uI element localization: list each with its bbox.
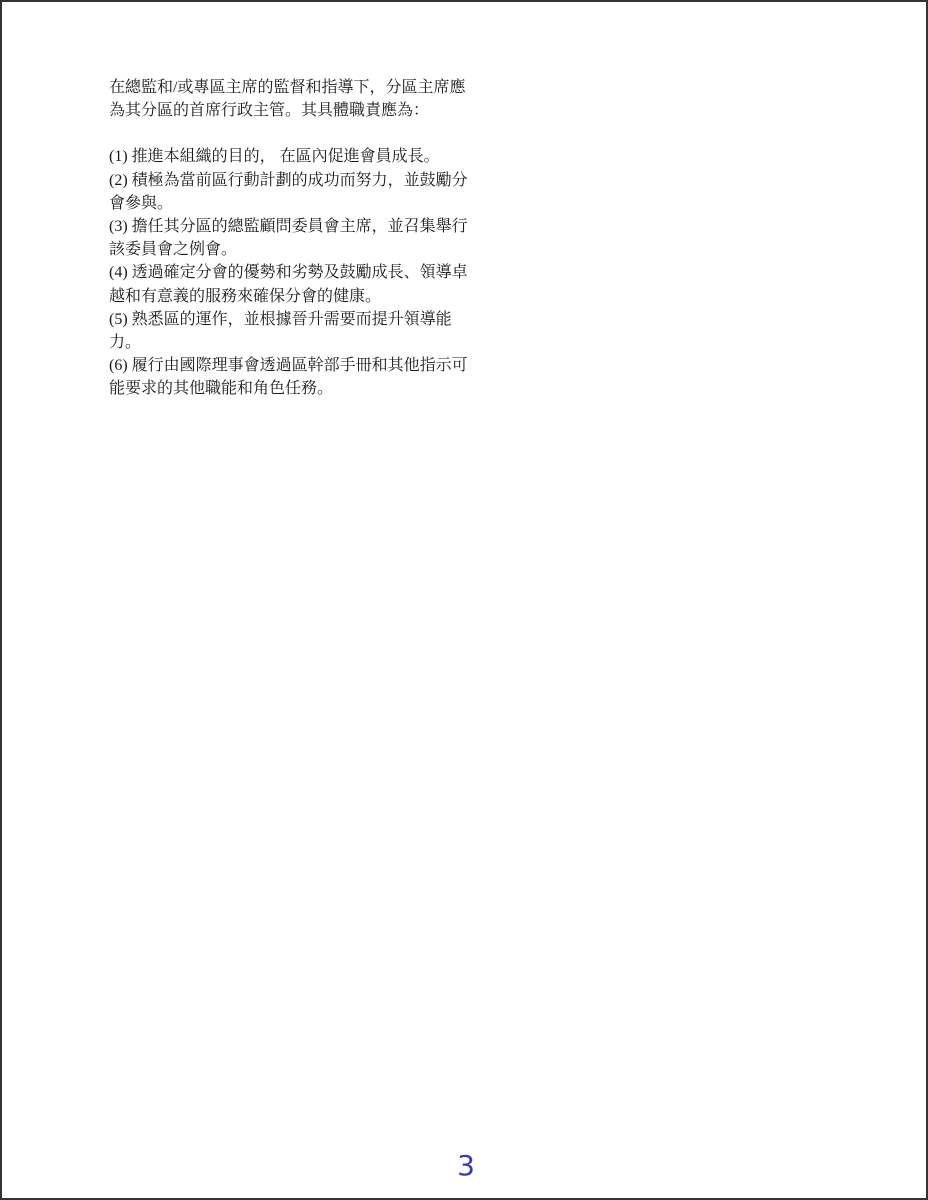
page-number: 3: [2, 1148, 928, 1184]
duty-item-1: (1)推進本組織的目的， 在區內促進會員成長。: [109, 145, 469, 168]
body-text: 在總監和/或專區主席的監督和指導下，分區主席應為其分區的首席行政主管。其具體職責…: [109, 76, 469, 401]
duty-item-4: (4)透過確定分會的優勢和劣勢及鼓勵成長、領導卓越和有意義的服務來確保分會的健康…: [109, 261, 469, 307]
duty-number: (2): [109, 172, 128, 189]
document-page: 在總監和/或專區主席的監督和指導下，分區主席應為其分區的首席行政主管。其具體職責…: [0, 0, 928, 1200]
duty-text: 推進本組織的目的， 在區內促進會員成長。: [132, 148, 440, 165]
duty-text: 擔任其分區的總監顧問委員會主席，並召集舉行該委員會之例會。: [109, 218, 468, 258]
duty-item-6: (6)履行由國際理事會透過區幹部手冊和其他指示可能要求的其他職能和角色任務。: [109, 354, 469, 400]
duty-text: 透過確定分會的優勢和劣勢及鼓勵成長、領導卓越和有意義的服務來確保分會的健康。: [109, 264, 468, 304]
duty-number: (5): [109, 311, 128, 328]
duty-text: 積極為當前區行動計劃的成功而努力，並鼓勵分會參與。: [109, 172, 468, 212]
duty-item-3: (3)擔任其分區的總監顧問委員會主席，並召集舉行該委員會之例會。: [109, 215, 469, 261]
duty-item-2: (2)積極為當前區行動計劃的成功而努力，並鼓勵分會參與。: [109, 169, 469, 215]
duty-text: 熟悉區的運作，並根據晉升需要而提升領導能力。: [109, 311, 452, 351]
intro-paragraph: 在總監和/或專區主席的監督和指導下，分區主席應為其分區的首席行政主管。其具體職責…: [109, 76, 469, 122]
duty-number: (4): [109, 264, 128, 281]
duty-number: (6): [109, 357, 128, 374]
duty-number: (3): [109, 218, 128, 235]
duty-text: 履行由國際理事會透過區幹部手冊和其他指示可能要求的其他職能和角色任務。: [109, 357, 468, 397]
duty-item-5: (5)熟悉區的運作，並根據晉升需要而提升領導能力。: [109, 308, 469, 354]
duty-number: (1): [109, 148, 128, 165]
